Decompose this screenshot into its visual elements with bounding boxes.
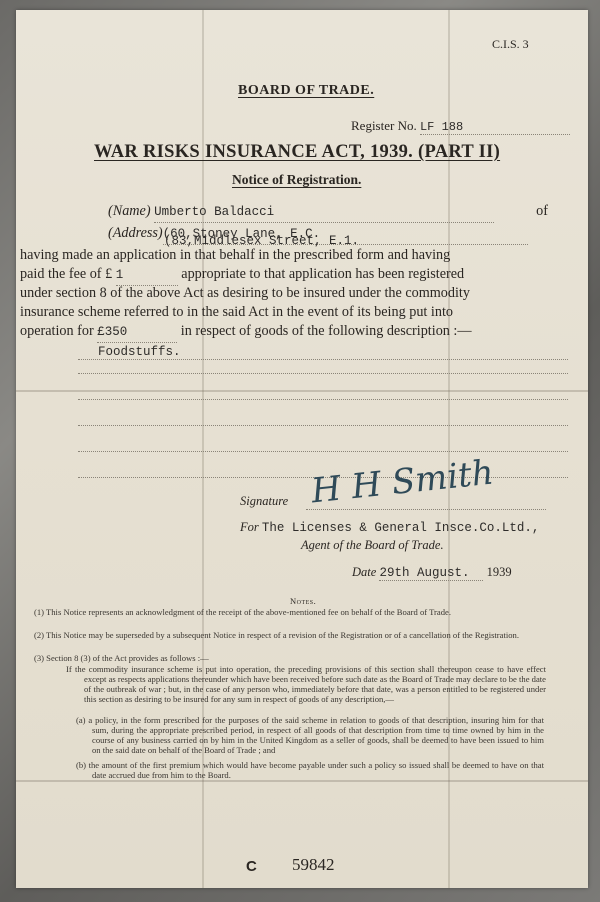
note-3-item-a: (a) a policy, in the form prescribed for… [76, 715, 544, 755]
blank-line [78, 372, 568, 374]
register-label: Register No. [351, 118, 417, 133]
name-value: Umberto Baldacci [154, 202, 494, 223]
date-label: Date [352, 565, 376, 579]
note-3-quote: If the commodity insurance scheme is put… [66, 664, 546, 704]
agent-line: Agent of the Board of Trade. [301, 538, 444, 553]
amount-line: operation for £350 in respect of goods o… [20, 321, 550, 343]
blank-line [78, 450, 568, 452]
company-line: For The Licenses & General Insce.Co.Ltd.… [240, 520, 539, 535]
body-line-4: insurance scheme referred to in the said… [20, 302, 550, 322]
date-year: 1939 [487, 565, 512, 579]
document-paper: C.I.S. 3 BOARD OF TRADE. Register No. LF… [16, 10, 588, 888]
name-label: (Name) [108, 203, 151, 219]
address-label: (Address) [108, 225, 163, 241]
note-2: (2) This Notice may be superseded by a s… [18, 630, 530, 640]
note-1: (1) This Notice represents an acknowledg… [18, 607, 530, 617]
amount-prefix: operation for [20, 323, 94, 339]
fold-crease [16, 780, 588, 782]
notice-subtitle: Notice of Registration. [232, 172, 361, 188]
name-line: (Name) Umberto Baldacci of [108, 201, 548, 223]
note-3: (3) Section 8 (3) of the Act provides as… [34, 653, 534, 663]
authority-heading: BOARD OF TRADE. [238, 83, 374, 99]
serial-number: 59842 [292, 855, 335, 875]
date-value: 29th August. [379, 566, 483, 581]
for-label: For [240, 520, 259, 534]
blank-line [78, 424, 568, 426]
of-label: of [536, 201, 548, 221]
register-number: Register No. LF 188 [351, 118, 570, 135]
register-value: LF 188 [420, 120, 570, 135]
notes-heading: Notes. [290, 596, 316, 606]
act-title: WAR RISKS INSURANCE ACT, 1939. (PART II) [94, 142, 500, 163]
form-code: C.I.S. 3 [492, 37, 529, 52]
blank-line [78, 398, 568, 400]
signature-label: Signature [240, 494, 288, 509]
fee-prefix: paid the fee of £ [20, 266, 112, 282]
fee-suffix: appropriate to that application has been… [181, 266, 464, 282]
series-letter: C [246, 858, 257, 875]
amount-value: £350 [97, 322, 177, 343]
note-3-item-b: (b) the amount of the first premium whic… [76, 760, 544, 780]
amount-suffix: in respect of goods of the following des… [181, 323, 472, 339]
handwritten-signature: H H Smith [309, 453, 495, 512]
company-name: The Licenses & General Insce.Co.Ltd., [262, 521, 540, 535]
date-line: Date 29th August. 1939 [352, 565, 512, 581]
body-line-1: having made an application in that behal… [20, 245, 550, 265]
goods-description: Foodstuffs. [78, 345, 568, 360]
body-line-3: under section 8 of the above Act as desi… [20, 283, 550, 303]
fold-crease [16, 390, 588, 392]
